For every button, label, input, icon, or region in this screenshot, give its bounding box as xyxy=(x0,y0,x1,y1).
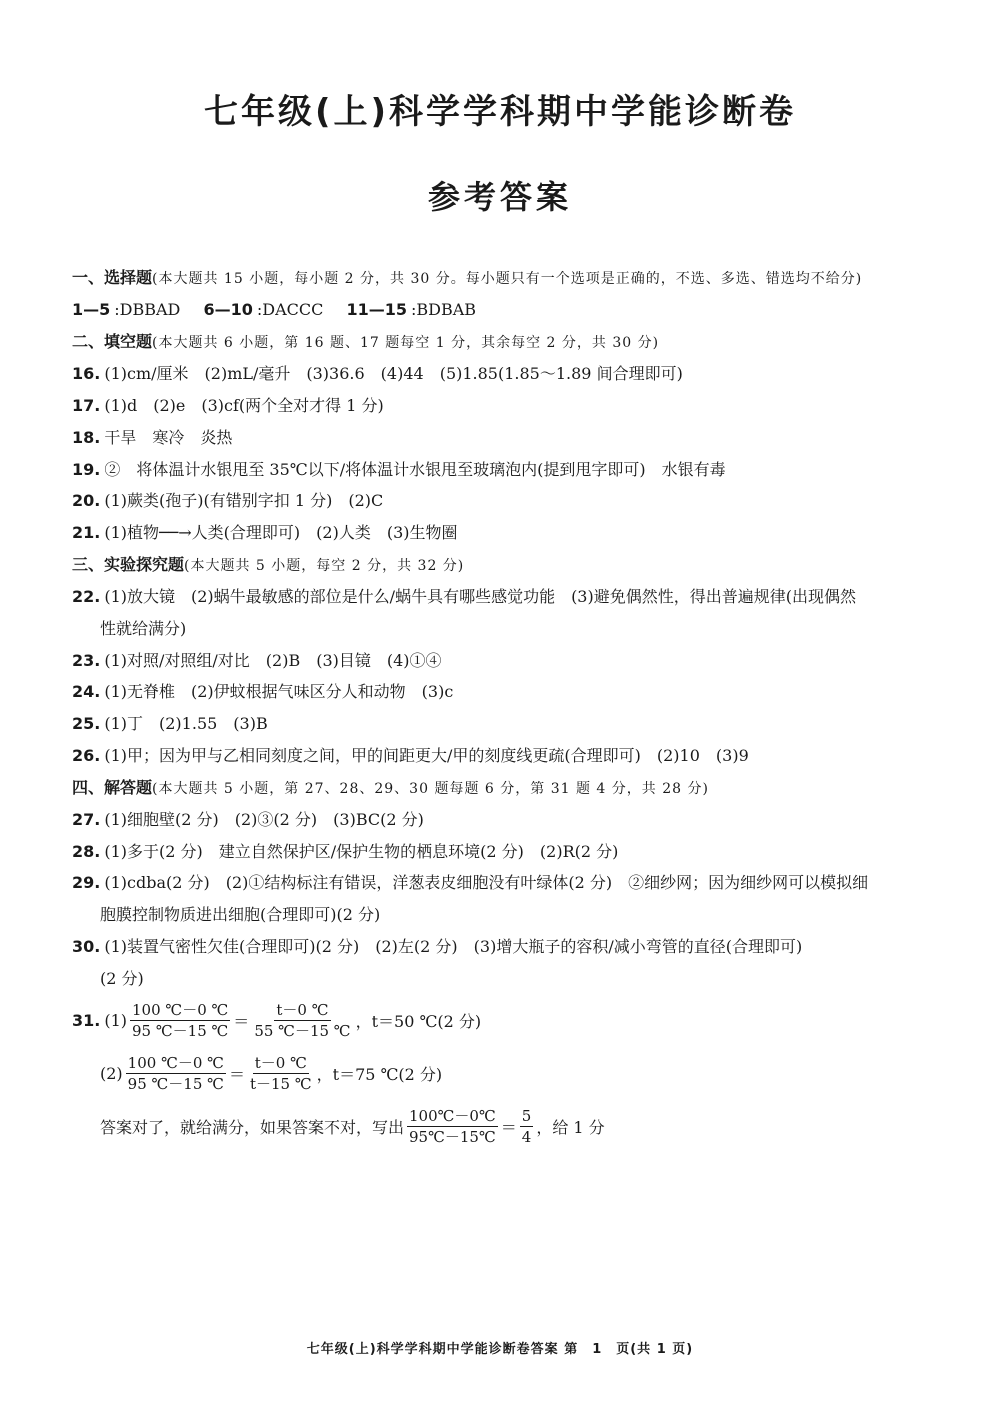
section4-header: 四、解答题(本大题共 5 小题，第 27、28、29、30 题每题 6 分，第 … xyxy=(72,778,932,799)
question-29-continued: 胞膜控制物质进出细胞(合理即可)(2 分) xyxy=(100,905,960,925)
answer-value-2: :DACCC xyxy=(257,300,324,319)
question-number: 19. xyxy=(72,460,100,479)
question-29: 29.(1)cdba(2 分) (2)①结构标注有错误，洋葱表皮细胞没有叶绿体(… xyxy=(72,873,932,893)
question-number: 22. xyxy=(72,587,100,606)
question-16: 16.(1)cm/厘米 (2)mL/毫升 (3)36.6 (4)44 (5)1.… xyxy=(72,364,932,384)
fraction-lhs: 100 ℃－0 ℃95 ℃－15 ℃ xyxy=(130,1000,230,1041)
answer-range-1: 1—5 xyxy=(72,300,110,319)
document-subtitle: 参考答案 xyxy=(0,172,1000,218)
question-19: 19.② 将体温计水银甩至 35℃以下/将体温计水银甩至玻璃泡内(提到甩字即可)… xyxy=(72,460,932,480)
part-label: (1) xyxy=(104,1011,127,1030)
part-label: (2) xyxy=(100,1064,123,1083)
question-22: 22.(1)放大镜 (2)蜗牛最敏感的部位是什么/蜗牛具有哪些感觉功能 (3)避… xyxy=(72,587,932,607)
question-20: 20.(1)蕨类(孢子)(有错别字扣 1 分) (2)C xyxy=(72,491,932,511)
question-18: 18.干旱 寒冷 炎热 xyxy=(72,428,932,448)
section3-note: (本大题共 5 小题，每空 2 分，共 32 分) xyxy=(184,558,464,574)
answer-text: 干旱 寒冷 炎热 xyxy=(104,428,232,447)
question-number: 16. xyxy=(72,364,100,383)
section1-note: (本大题共 15 小题，每小题 2 分，共 30 分。每小题只有一个选项是正确的… xyxy=(152,271,862,287)
fraction-rhs: 54 xyxy=(520,1106,534,1147)
answer-text: (1)植物──→人类(合理即可) (2)人类 (3)生物圈 xyxy=(104,523,457,542)
question-number: 26. xyxy=(72,746,100,765)
answer-text: ② 将体温计水银甩至 35℃以下/将体温计水银甩至玻璃泡内(提到甩字即可) 水银… xyxy=(104,460,725,479)
equals-sign: ＝ xyxy=(501,1115,517,1138)
answer-range-3: 11—15 xyxy=(346,300,407,319)
result-text: ，t＝50 ℃(2 分) xyxy=(356,1009,482,1032)
question-number: 24. xyxy=(72,682,100,701)
question-number: 29. xyxy=(72,873,100,892)
answer-text: (1)甲；因为甲与乙相同刻度之间，甲的间距更大/甲的刻度线更疏(合理即可) (2… xyxy=(104,746,748,765)
answer-text: (1)蕨类(孢子)(有错别字扣 1 分) (2)C xyxy=(104,491,383,510)
choice-answers: 1—5:DBBAD 6—10:DACCC 11—15:BDBAB xyxy=(72,300,932,320)
note-suffix: ，给 1 分 xyxy=(536,1115,604,1138)
question-number: 30. xyxy=(72,937,100,956)
question-27: 27.(1)细胞壁(2 分) (2)③(2 分) (3)BC(2 分) xyxy=(72,810,932,830)
question-31-part1: 31. (1) 100 ℃－0 ℃95 ℃－15 ℃ ＝ t－0 ℃55 ℃－1… xyxy=(72,1000,481,1041)
note-prefix: 答案对了，就给满分，如果答案不对，写出 xyxy=(100,1115,404,1138)
fraction-lhs: 100 ℃－0 ℃95 ℃－15 ℃ xyxy=(126,1053,226,1094)
fraction-rhs: t－0 ℃55 ℃－15 ℃ xyxy=(252,1000,352,1041)
question-number: 17. xyxy=(72,396,100,415)
answer-text: (1)对照/对照组/对比 (2)B (3)目镜 (4)①④ xyxy=(104,651,441,670)
answer-text: (1)cm/厘米 (2)mL/毫升 (3)36.6 (4)44 (5)1.85(… xyxy=(104,364,682,383)
question-30: 30.(1)装置气密性欠佳(合理即可)(2 分) (2)左(2 分) (3)增大… xyxy=(72,937,932,957)
section2-note: (本大题共 6 小题，第 16 题、17 题每空 1 分，其余每空 2 分，共 … xyxy=(152,335,659,351)
question-number: 23. xyxy=(72,651,100,670)
answer-text: (1)多于(2 分) 建立自然保护区/保护生物的栖息环境(2 分) (2)R(2… xyxy=(104,842,618,861)
question-22-continued: 性就给满分) xyxy=(100,619,960,639)
section1-header: 一、选择题(本大题共 15 小题，每小题 2 分，共 30 分。每小题只有一个选… xyxy=(72,268,932,289)
question-23: 23.(1)对照/对照组/对比 (2)B (3)目镜 (4)①④ xyxy=(72,651,932,671)
result-text: ，t＝75 ℃(2 分) xyxy=(317,1062,443,1085)
question-number: 25. xyxy=(72,714,100,733)
question-25: 25.(1)丁 (2)1.55 (3)B xyxy=(72,714,932,734)
section2-header: 二、填空题(本大题共 6 小题，第 16 题、17 题每空 1 分，其余每空 2… xyxy=(72,332,932,353)
answer-value-1: :DBBAD xyxy=(114,300,180,319)
answer-text: (1)放大镜 (2)蜗牛最敏感的部位是什么/蜗牛具有哪些感觉功能 (3)避免偶然… xyxy=(104,587,856,606)
question-number: 18. xyxy=(72,428,100,447)
question-17: 17.(1)d (2)e (3)cf(两个全对才得 1 分) xyxy=(72,396,932,416)
fraction-rhs: t－0 ℃t－15 ℃ xyxy=(248,1053,314,1094)
question-24: 24.(1)无脊椎 (2)伊蚊根据气味区分人和动物 (3)c xyxy=(72,682,932,702)
page-footer: 七年级(上)科学学科期中学能诊断卷答案 第 1 页(共 1 页) xyxy=(0,1338,1000,1357)
question-28: 28.(1)多于(2 分) 建立自然保护区/保护生物的栖息环境(2 分) (2)… xyxy=(72,842,932,862)
section1-heading: 一、选择题 xyxy=(72,268,152,287)
document-title: 七年级(上)科学学科期中学能诊断卷 xyxy=(0,84,1000,133)
answer-text: (1)装置气密性欠佳(合理即可)(2 分) (2)左(2 分) (3)增大瓶子的… xyxy=(104,937,802,956)
question-number: 31. xyxy=(72,1011,100,1030)
section3-heading: 三、实验探究题 xyxy=(72,555,184,574)
fraction-lhs: 100℃－0℃95℃－15℃ xyxy=(407,1106,498,1147)
equals-sign: ＝ xyxy=(229,1062,245,1085)
answer-text: (1)细胞壁(2 分) (2)③(2 分) (3)BC(2 分) xyxy=(104,810,424,829)
answer-text: (1)d (2)e (3)cf(两个全对才得 1 分) xyxy=(104,396,383,415)
answer-text: (1)丁 (2)1.55 (3)B xyxy=(104,714,267,733)
section4-heading: 四、解答题 xyxy=(72,778,152,797)
question-30-continued: (2 分) xyxy=(100,969,960,989)
question-31-part2: (2) 100 ℃－0 ℃95 ℃－15 ℃ ＝ t－0 ℃t－15 ℃ ，t＝… xyxy=(100,1053,442,1094)
question-number: 20. xyxy=(72,491,100,510)
section4-note: (本大题共 5 小题，第 27、28、29、30 题每题 6 分，第 31 题 … xyxy=(152,781,709,797)
section3-header: 三、实验探究题(本大题共 5 小题，每空 2 分，共 32 分) xyxy=(72,555,932,576)
equals-sign: ＝ xyxy=(233,1009,249,1032)
question-number: 21. xyxy=(72,523,100,542)
answer-text: (1)cdba(2 分) (2)①结构标注有错误，洋葱表皮细胞没有叶绿体(2 分… xyxy=(104,873,868,892)
answer-text: (1)无脊椎 (2)伊蚊根据气味区分人和动物 (3)c xyxy=(104,682,453,701)
section2-heading: 二、填空题 xyxy=(72,332,152,351)
question-number: 27. xyxy=(72,810,100,829)
question-26: 26.(1)甲；因为甲与乙相同刻度之间，甲的间距更大/甲的刻度线更疏(合理即可)… xyxy=(72,746,932,766)
question-21: 21.(1)植物──→人类(合理即可) (2)人类 (3)生物圈 xyxy=(72,523,932,543)
answer-range-2: 6—10 xyxy=(203,300,252,319)
question-31-note: 答案对了，就给满分，如果答案不对，写出 100℃－0℃95℃－15℃ ＝ 54 … xyxy=(100,1106,605,1147)
answer-value-3: :BDBAB xyxy=(411,300,476,319)
question-number: 28. xyxy=(72,842,100,861)
